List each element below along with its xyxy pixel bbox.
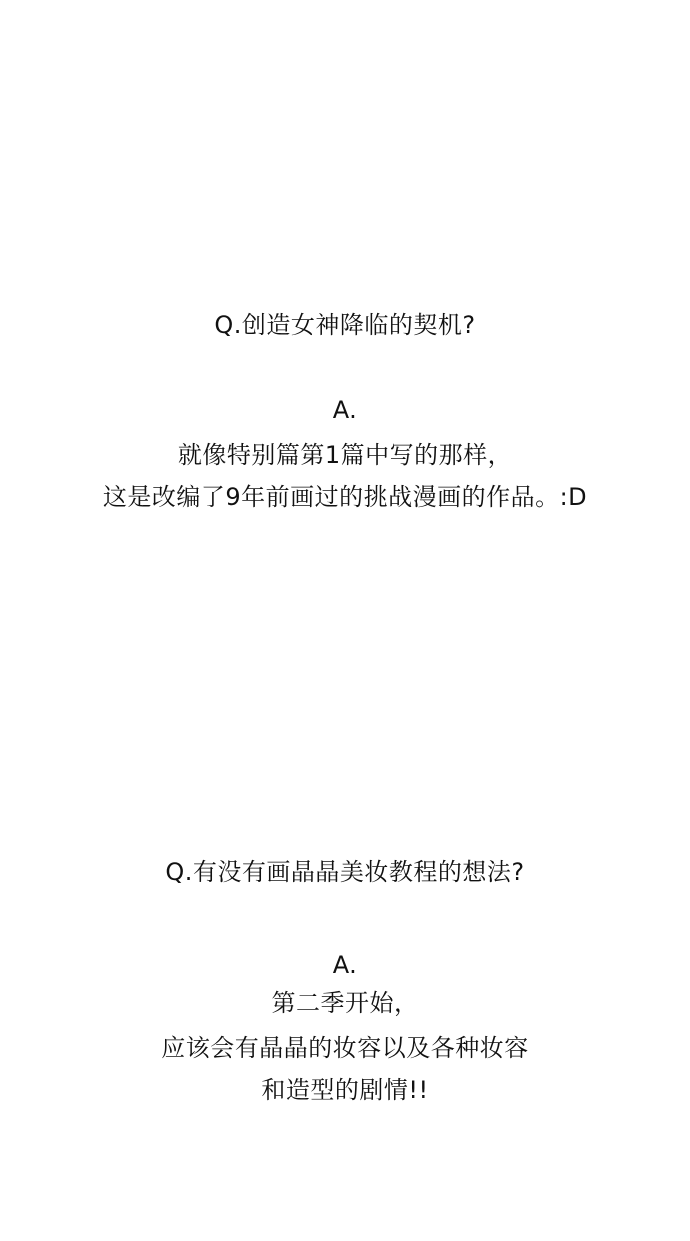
answer-2-line-3: 和造型的剧情!! [0, 1074, 690, 1106]
answer-2-line-2: 应该会有晶晶的妆容以及各种妆容 [0, 1032, 690, 1064]
question-1: Q.创造女神降临的契机? [0, 309, 690, 341]
answer-2-line-1: 第二季开始， [0, 987, 690, 1019]
answer-1-label: A. [0, 394, 690, 426]
question-2: Q.有没有画晶晶美妆教程的想法? [0, 856, 690, 888]
answer-1-line-2: 这是改编了9年前画过的挑战漫画的作品。:D [0, 481, 690, 513]
answer-1-line-1: 就像特别篇第1篇中写的那样， [0, 439, 690, 471]
answer-2-label: A. [0, 949, 690, 981]
